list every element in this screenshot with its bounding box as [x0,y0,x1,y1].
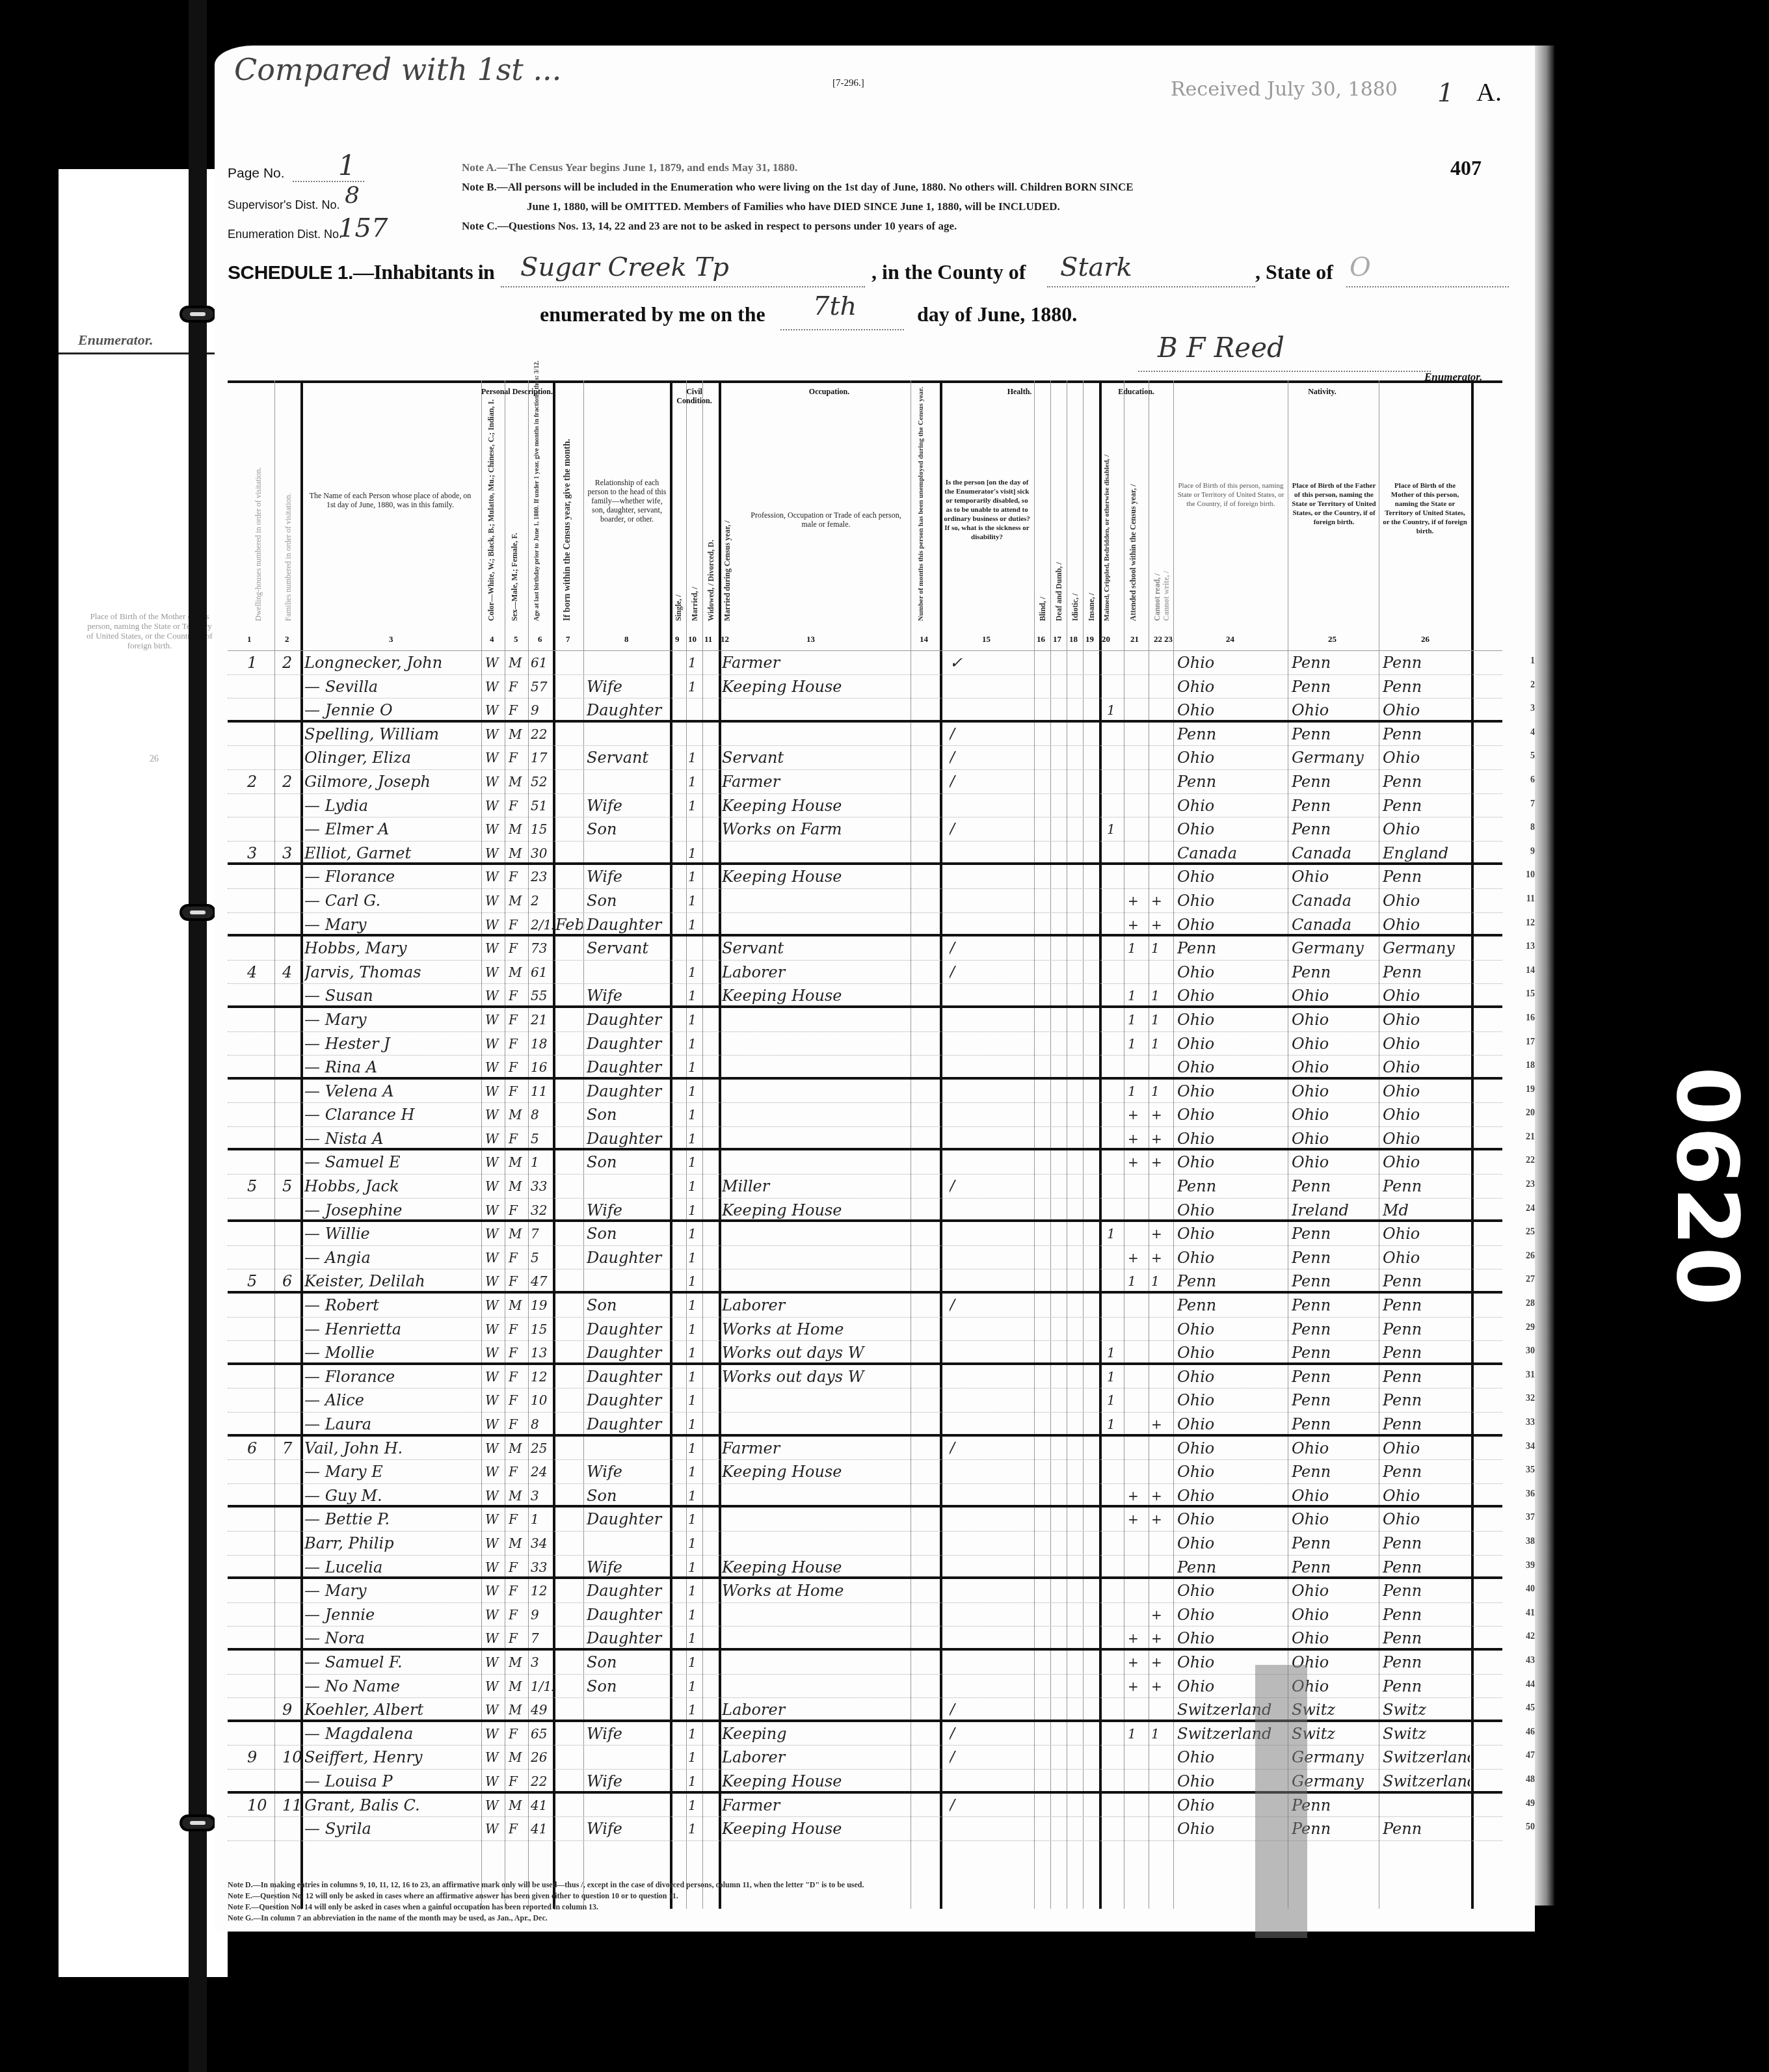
line-number: 13 [1526,942,1535,952]
cell-sex: F [509,938,528,959]
cell-civil: 1 [688,890,701,911]
col25-desc: Place of Birth of the Father of this per… [1292,481,1376,527]
cell-birth: Ohio [1177,1438,1286,1459]
col-number: 8 [624,634,629,644]
cell-father: Penn [1292,795,1377,816]
cell-color: W [485,890,505,911]
cell-birth: Ohio [1177,1580,1286,1601]
cell-age: 19 [531,1295,553,1316]
cell-color: W [485,1723,505,1744]
day-value: 7th [813,291,857,321]
cell-relation: Son [587,890,670,911]
cell-read: + [1128,1628,1147,1649]
cell-school: 1 [1107,1223,1124,1244]
cell-civil: 1 [688,1176,701,1197]
cell-name: — Clarance H [304,1104,480,1125]
col-number: 10 [688,634,697,644]
cell-mother: Penn [1383,1604,1470,1625]
col21-desc: Attended school within the Census year, … [1128,419,1138,621]
cell-write: + [1151,1247,1171,1268]
col-number: 25 [1328,634,1337,644]
col-number: 11 [704,634,712,644]
cell-occupation: Keeping House [722,1200,911,1221]
cell-mother: Penn [1383,771,1470,792]
col-number: 20 [1102,634,1110,644]
note-b1: Note B.—All persons will be included in … [462,181,1134,194]
cell-read: + [1128,1652,1147,1673]
cell-relation: Son [587,1652,670,1673]
cell-civil: 1 [688,1771,701,1792]
cell-civil: 1 [688,676,701,697]
cell-name: — Robert [304,1295,480,1316]
cell-age: 1/12 [531,1676,553,1697]
cell-write: + [1151,914,1171,935]
line-number: 11 [1526,894,1535,905]
cell-age: 32 [531,1200,553,1221]
table-row: — Guy M.WM3Son1++OhioOhioOhio36 [228,1484,1502,1508]
cell-father: Penn [1292,1533,1377,1554]
table-row: — No NameWM1/12Son1++OhioOhioPenn44 [228,1675,1502,1699]
cell-civil: 1 [688,1723,701,1744]
cell-color: W [485,771,505,792]
cell-mother: Ohio [1383,1033,1470,1054]
cell-relation: Daughter [587,1580,670,1601]
cell-age: 8 [531,1414,553,1435]
cell-age: 24 [531,1461,553,1482]
cell-civil: 1 [688,1247,701,1268]
cell-relation: Daughter [587,1128,670,1149]
cell-age: 2/12 [531,914,553,935]
table-row: — Carl G.WM2Son1++OhioCanadaOhio11 [228,889,1502,913]
cell-name: Koehler, Albert [304,1699,480,1720]
cell-age: 15 [531,819,553,840]
cell-sex: F [509,1771,528,1792]
cell-sex: F [509,1580,528,1601]
cell-family: 4 [282,962,300,983]
cell-civil: 1 [688,1747,701,1768]
table-row: — WillieWM7Son11+OhioPennOhio25 [228,1222,1502,1246]
cell-health: / [950,724,989,745]
cell-read: + [1128,1509,1147,1530]
cell-family: 9 [282,1699,300,1720]
cell-relation: Wife [587,866,670,887]
cell-mother: Switzerland [1383,1747,1470,1768]
cell-color: W [485,1366,505,1387]
table-row: — SusanWF55Wife1Keeping House11OhioOhioO… [228,984,1502,1008]
cell-name: — Laura [304,1414,480,1435]
cell-name: — Mollie [304,1342,480,1363]
cell-age: 7 [531,1223,553,1244]
cell-age: 33 [531,1176,553,1197]
cell-father: Ohio [1292,1081,1377,1102]
cell-occupation: Keeping House [722,1818,911,1839]
cell-relation: Wife [587,1723,670,1744]
cell-age: 16 [531,1057,553,1078]
cell-father: Ohio [1292,700,1377,721]
col-number: 19 [1085,634,1094,644]
cell-relation: Son [587,1104,670,1125]
cell-sex: M [509,724,528,745]
cell-age: 33 [531,1557,553,1578]
cell-civil: 1 [688,1699,701,1720]
cell-sex: M [509,1533,528,1554]
cell-school: 1 [1107,1342,1124,1363]
line-number: 40 [1526,1584,1535,1595]
note-f: Note F.—Question No. 14 will only be ask… [228,1902,864,1913]
line-number: 31 [1526,1370,1535,1381]
cell-read: + [1128,1104,1147,1125]
group-occupation: Occupation. [719,387,940,396]
cell-health: / [950,771,989,792]
table-row: — Samuel EWM1Son1++OhioOhioOhio22 [228,1150,1502,1175]
col-number: 2 [285,634,289,644]
cell-name: — Mary [304,914,480,935]
cell-mother: Ohio [1383,1009,1470,1030]
cell-dwelling: 6 [247,1438,273,1459]
cell-sex: M [509,1176,528,1197]
cell-read: 1 [1128,1271,1147,1292]
col4-desc: Color—White, W.; Black, B.; Mulatto, Mu.… [486,413,496,621]
cell-occupation: Farmer [722,652,911,673]
cell-father: Penn [1292,724,1377,745]
cell-age: 5 [531,1128,553,1149]
cell-relation: Daughter [587,1319,670,1340]
cell-birth: Ohio [1177,1342,1286,1363]
col8-desc: Relationship of each person to the head … [587,478,667,524]
cell-color: W [485,1081,505,1102]
cell-read: + [1128,1152,1147,1173]
cell-mother: Penn [1383,795,1470,816]
cell-color: W [485,1580,505,1601]
line-number: 38 [1526,1537,1535,1547]
cell-color: W [485,1699,505,1720]
cell-school: 1 [1107,1414,1124,1435]
cell-name: — Alice [304,1390,480,1411]
cell-health: / [950,747,989,768]
line-number: 12 [1526,918,1535,929]
cell-mother: Penn [1383,1176,1470,1197]
cell-relation: Son [587,819,670,840]
cell-family: 2 [282,652,300,673]
table-row: — JennieWF9Daughter1+OhioOhioPenn41 [228,1603,1502,1627]
cell-name: — Jennie [304,1604,480,1625]
table-row: 44Jarvis, ThomasWM611Laborer/OhioPennPen… [228,961,1502,985]
cell-relation: Daughter [587,914,670,935]
cell-father: Penn [1292,1390,1377,1411]
col-number: 23 [1164,634,1173,644]
cell-birth: Penn [1177,938,1286,959]
cell-relation: Wife [587,985,670,1006]
line-number: 7 [1530,799,1535,810]
cell-mother: Penn [1383,1461,1470,1482]
line-number: 15 [1526,989,1535,1000]
cell-occupation: Keeping House [722,1557,911,1578]
cell-father: Canada [1292,843,1377,864]
cell-name: Longnecker, John [304,652,480,673]
binding-ring-icon [180,306,216,323]
cell-sex: F [509,1342,528,1363]
col-number: 9 [675,634,680,644]
table-row: 55Hobbs, JackWM331Miller/PennPennPenn23 [228,1175,1502,1199]
cell-sex: F [509,1319,528,1340]
cell-mother: Penn [1383,676,1470,697]
cell-father: Ireland [1292,1200,1377,1221]
cell-age: 41 [531,1795,553,1816]
cell-age: 41 [531,1818,553,1839]
col2-desc: Families numbered in order of visitation… [284,439,293,621]
table-row: — LauraWF8Daughter11+OhioPennPenn33 [228,1413,1502,1437]
cell-relation: Wife [587,1557,670,1578]
cell-write: + [1151,1485,1171,1506]
col-number: 17 [1053,634,1061,644]
cell-color: W [485,1795,505,1816]
cell-age: 18 [531,1033,553,1054]
col19-desc: Insane, / [1087,556,1097,621]
cell-name: Elliot, Garnet [304,843,480,864]
cell-dwelling: 5 [247,1176,273,1197]
cell-color: W [485,1176,505,1197]
cell-sex: F [509,1009,528,1030]
cell-relation: Wife [587,1818,670,1839]
cell-read: + [1128,914,1147,935]
cell-sex: F [509,1414,528,1435]
table-row: — MollieWF13Daughter1Works out days W1Oh… [228,1341,1502,1365]
cell-color: W [485,1390,505,1411]
cell-color: W [485,1509,505,1530]
cell-civil: 1 [688,1104,701,1125]
col-number: 26 [1421,634,1430,644]
cell-civil: 1 [688,843,701,864]
cell-name: — Lydia [304,795,480,816]
table-row: — FloranceWF12Daughter1Works out days W1… [228,1365,1502,1389]
cell-color: W [485,1628,505,1649]
cell-occupation: Servant [722,938,911,959]
line-number: 29 [1526,1323,1535,1333]
cell-sex: F [509,1723,528,1744]
cell-sex: F [509,700,528,721]
cell-mother: Ohio [1383,985,1470,1006]
cell-birth: Ohio [1177,1319,1286,1340]
cell-name: — Samuel E [304,1152,480,1173]
cell-age: 23 [531,866,553,887]
state-value: O [1350,252,1371,282]
cell-birth: Penn [1177,1557,1286,1578]
cell-color: W [485,747,505,768]
cell-dwelling: 3 [247,843,273,864]
received-stamp: Received July 30, 1880 [1171,78,1398,101]
binding-ring-icon [180,1814,216,1831]
line-number: 43 [1526,1656,1535,1666]
cell-civil: 1 [688,1438,701,1459]
cell-relation: Wife [587,1771,670,1792]
cell-write: + [1151,1509,1171,1530]
cell-write: 1 [1151,1033,1171,1054]
cell-name: — Velena A [304,1081,480,1102]
cell-birth: Penn [1177,1295,1286,1316]
cell-birth: Penn [1177,1176,1286,1197]
cell-relation: Daughter [587,1009,670,1030]
cell-mother: Penn [1383,1319,1470,1340]
cell-school: 1 [1107,700,1124,721]
cell-age: 13 [531,1342,553,1363]
cell-name: — Nista A [304,1128,480,1149]
cell-birth: Ohio [1177,652,1286,673]
cell-mother: Penn [1383,1414,1470,1435]
cell-birth: Ohio [1177,1033,1286,1054]
cell-mother: Penn [1383,1533,1470,1554]
cell-name: — Carl G. [304,890,480,911]
cell-school: 1 [1107,1390,1124,1411]
cell-age: 11 [531,1081,553,1102]
cell-birth: Ohio [1177,1414,1286,1435]
cell-mother: England [1383,843,1470,864]
cell-birth: Penn [1177,724,1286,745]
cell-civil: 1 [688,652,701,673]
cell-birth: Ohio [1177,1009,1286,1030]
cell-father: Penn [1292,652,1377,673]
cell-relation: Daughter [587,1390,670,1411]
binding-ring-icon [180,904,216,921]
cell-mother: Switzerland [1383,1771,1470,1792]
cell-father: Penn [1292,1342,1377,1363]
cell-sex: F [509,1057,528,1078]
cell-mother: Penn [1383,1390,1470,1411]
line-number: 33 [1526,1418,1535,1428]
cell-mother: Penn [1383,724,1470,745]
cell-age: 49 [531,1699,553,1720]
cell-birth: Ohio [1177,1104,1286,1125]
column-number-row: 1 2 3 4 5 6 7 8 9 10 11 12 13 14 15 16 1… [228,628,1502,651]
cell-sex: M [509,652,528,673]
cell-father: Ohio [1292,1128,1377,1149]
cell-occupation: Works out days W [722,1366,911,1387]
cell-write: + [1151,890,1171,911]
cell-sex: F [509,1128,528,1149]
cell-occupation: Laborer [722,1747,911,1768]
line-number: 32 [1526,1394,1535,1404]
cell-write: + [1151,1152,1171,1173]
cell-relation: Son [587,1295,670,1316]
table-row: — MaryWF21Daughter111OhioOhioOhio16 [228,1008,1502,1032]
cell-sex: M [509,1699,528,1720]
cell-father: Ohio [1292,1509,1377,1530]
cell-write: 1 [1151,1081,1171,1102]
cell-name: — Sevilla [304,676,480,697]
cell-civil: 1 [688,1271,701,1292]
cell-color: W [485,1485,505,1506]
cell-color: W [485,1104,505,1125]
col23-desc: Cannot write, / [1162,524,1171,621]
enumeration-value: 157 [338,213,388,243]
line-number: 41 [1526,1608,1535,1619]
cell-name: — Lucelia [304,1557,480,1578]
cell-school: 1 [1107,819,1124,840]
cell-write: + [1151,1628,1171,1649]
cell-mother: Penn [1383,1676,1470,1697]
cell-civil: 1 [688,1295,701,1316]
table-row: Olinger, ElizaWF17Servant1Servant/OhioGe… [228,746,1502,770]
line-number: 25 [1526,1227,1535,1238]
cell-occupation: Servant [722,747,911,768]
col1-desc: Dwelling-houses numbered in order of vis… [254,439,263,621]
cell-color: W [485,866,505,887]
cell-birth: Ohio [1177,962,1286,983]
cell-age: 7 [531,1628,553,1649]
cell-civil: 1 [688,1580,701,1601]
table-row: 22Gilmore, JosephWM521Farmer/PennPennPen… [228,770,1502,794]
cell-mother: Ohio [1383,1223,1470,1244]
cell-sex: F [509,1033,528,1054]
cell-occupation: Laborer [722,1295,911,1316]
cell-health: / [950,1795,989,1816]
cell-name: — Samuel F. [304,1652,480,1673]
signature-line [1138,365,1431,372]
cell-sex: M [509,1223,528,1244]
cell-birth: Ohio [1177,866,1286,887]
cell-sex: F [509,1628,528,1649]
page-no-label: Page No. [228,166,285,181]
cell-father: Penn [1292,1461,1377,1482]
cell-age: 2 [531,890,553,911]
cell-color: W [485,1533,505,1554]
cell-father: Ohio [1292,1152,1377,1173]
cell-write: 1 [1151,985,1171,1006]
cell-family: 10 [282,1747,300,1768]
cell-occupation: Works on Farm [722,819,911,840]
cell-birth: Ohio [1177,819,1286,840]
cell-write: + [1151,1652,1171,1673]
table-row: Spelling, WilliamWM22/PennPennPenn4 [228,723,1502,747]
cell-color: W [485,724,505,745]
cell-birth: Ohio [1177,1509,1286,1530]
stamp-page-number: 407 [1450,156,1482,180]
cell-color: W [485,1771,505,1792]
cell-relation: Son [587,1676,670,1697]
col12-desc: Married during Census year, / [723,458,732,621]
cell-name: Spelling, William [304,724,480,745]
cell-sex: F [509,795,528,816]
col-number: 22 [1154,634,1162,644]
line-number: 18 [1526,1061,1535,1071]
cell-health: ✓ [950,652,989,673]
cell-birth: Ohio [1177,1533,1286,1554]
cell-color: W [485,1652,505,1673]
line-number: 50 [1526,1822,1535,1833]
col-number: 1 [247,634,252,644]
line-number: 17 [1526,1037,1535,1048]
cell-color: W [485,1200,505,1221]
census-page: Compared with 1st ... [7-296.] Received … [215,46,1535,1932]
cell-father: Canada [1292,890,1377,911]
enumerated-label: enumerated by me on the [540,302,765,326]
col6-desc: Age at last birthday prior to June 1, 18… [533,413,540,621]
cell-sex: F [509,1247,528,1268]
cell-color: W [485,1676,505,1697]
cell-birth: Ohio [1177,795,1286,816]
cell-sex: M [509,771,528,792]
page-edge [1535,46,1554,1906]
cell-read: + [1128,1676,1147,1697]
cell-birth: Ohio [1177,1604,1286,1625]
cell-sex: M [509,1485,528,1506]
line-number: 39 [1526,1561,1535,1571]
table-row: — Nista AWF5Daughter1++OhioOhioOhio21 [228,1127,1502,1151]
cell-sex: F [509,914,528,935]
cell-occupation: Keeping House [722,866,911,887]
cell-color: W [485,1438,505,1459]
line-number: 2 [1530,680,1535,691]
cell-father: Penn [1292,962,1377,983]
